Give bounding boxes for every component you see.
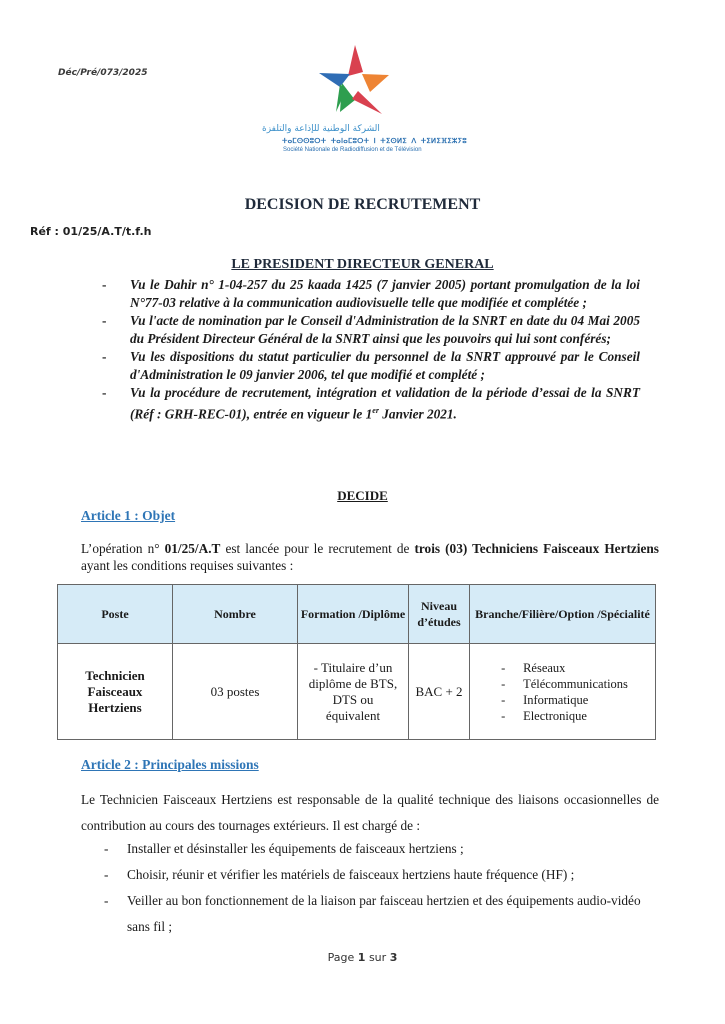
mission-item: Choisir, réunir et vérifier les matériel… [102,862,662,888]
requirements-table: Poste Nombre Formation /Diplôme Niveau d… [57,584,656,740]
branch-item: Réseaux [497,660,628,676]
logo-tifinagh-name: ⵜⴰⵎⵙⵙⵓⵔⵜ ⵜⴰⵏⴰⵎⵓⵔⵜ ⵏ ⵜⵉⵙⵍⵉ ⴷ ⵜⵉⵍⵉⴼⵉⵣⵢⵓ [282,137,467,145]
consideration-item: Vu le Dahir n° 1-04-257 du 25 kaada 1425… [100,276,640,312]
total-pages: 3 [390,951,398,964]
mission-item: Installer et désinstaller les équipement… [102,836,662,862]
article-1-text: L’opération n° 01/25/A.T est lancée pour… [81,540,659,574]
consideration-item: Vu les dispositions du statut particulie… [100,348,640,384]
header-branche: Branche/Filière/Option /Spécialité [470,585,656,644]
header-nombre: Nombre [173,585,298,644]
table-row: Technicien Faisceaux Hertziens 03 postes… [58,644,656,740]
logo-french-name: Société Nationale de Radiodiffusion et d… [283,147,422,153]
logo-arabic-name: الشركة الوطنية للإذاعة والتلفزة [262,124,462,134]
article-2-intro: Le Technicien Faisceaux Hertziens est re… [81,787,659,839]
consideration-item: Vu l'acte de nomination par le Conseil d… [100,312,640,348]
page-number: Page 1 sur 3 [0,951,725,964]
text-fragment: L’opération n° [81,541,165,556]
decide-heading: DECIDE [0,488,725,504]
current-page: 1 [358,951,366,964]
position-count: trois (03) Techniciens Faisceaux Hertzie… [414,541,659,556]
branch-list: Réseaux Télécommunications Informatique … [497,660,628,724]
article-1-heading: Article 1 : Objet [81,508,175,524]
document-title: DECISION DE RECRUTEMENT [0,196,725,214]
of-label: sur [369,951,386,964]
header-formation: Formation /Diplôme [298,585,409,644]
authority-heading: LE PRESIDENT DIRECTEUR GENERAL [0,257,725,273]
page-label: Page [328,951,355,964]
text-fragment: ayant les conditions requises suivantes … [81,558,293,573]
table-header-row: Poste Nombre Formation /Diplôme Niveau d… [58,585,656,644]
text-fragment: est lancée pour le recrutement de [220,541,414,556]
cell-niveau: BAC + 2 [409,644,470,740]
considerations-list: Vu le Dahir n° 1-04-257 du 25 kaada 1425… [100,276,640,423]
missions-list: Installer et désinstaller les équipement… [102,836,662,940]
branch-item: Informatique [497,692,628,708]
mission-item: Veiller au bon fonctionnement de la liai… [102,888,662,940]
operation-number: 01/25/A.T [165,541,221,556]
snrt-star-logo-icon [300,42,410,117]
branch-item: Electronique [497,708,628,724]
header-poste: Poste [58,585,173,644]
cell-branches: Réseaux Télécommunications Informatique … [470,644,656,740]
cell-formation: - Titulaire d’un diplôme de BTS, DTS ou … [298,644,409,740]
header-niveau: Niveau d’études [409,585,470,644]
cell-poste: Technicien Faisceaux Hertziens [58,644,173,740]
document-reference: Réf : 01/25/A.T/t.f.h [30,225,151,238]
consideration-item: Vu la procédure de recrutement, intégrat… [100,384,640,423]
branch-item: Télécommunications [497,676,628,692]
article-2-heading: Article 2 : Principales missions [81,757,259,773]
internal-reference: Déc/Pré/073/2025 [58,68,147,78]
cell-nombre: 03 postes [173,644,298,740]
